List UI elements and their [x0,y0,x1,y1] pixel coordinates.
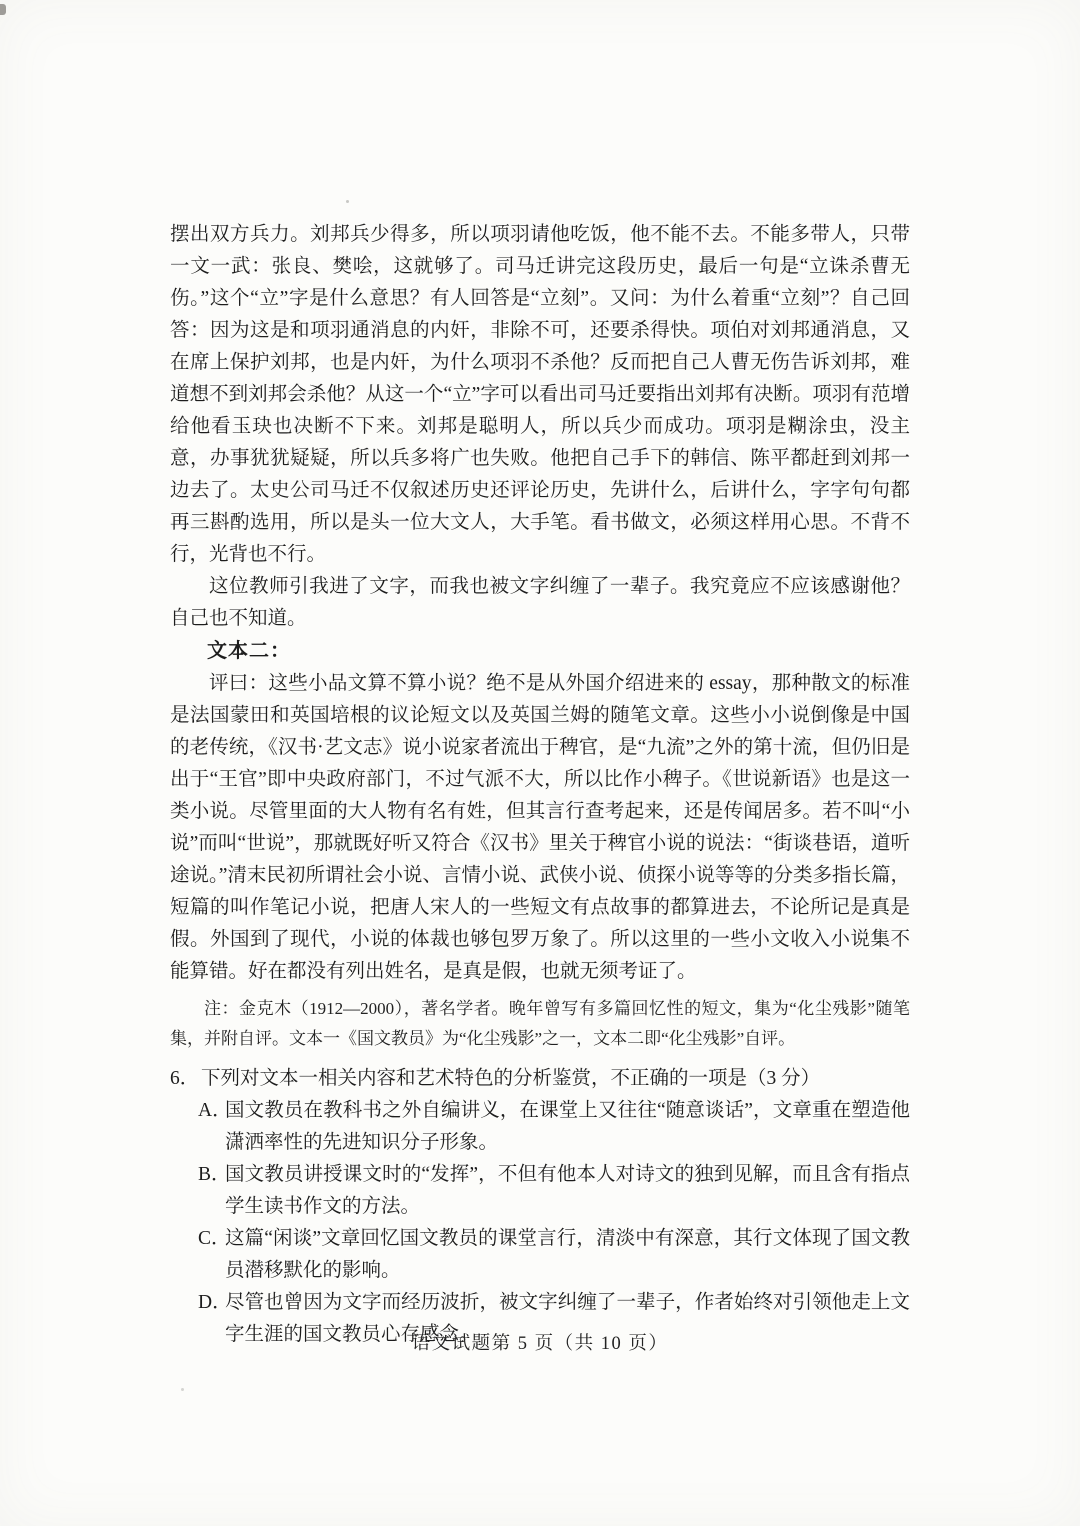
option-c-text: 这篇“闲谈”文章回忆国文教员的课堂言行，清淡中有深意，其行文体现了国文教员潜移默… [225,1228,910,1281]
text-two-commentary: 评曰：这些小品文算不算小说？绝不是从外国介绍进来的 essay，那种散文的标准是… [170,668,910,988]
scan-speck [346,200,349,203]
option-b-label: B． [198,1159,231,1191]
option-d-label: D． [198,1287,232,1319]
question-6-option-b: B． 国文教员讲授课文时的“发挥”，不但有他本人对诗文的独到见解，而且含有指点学… [170,1159,910,1223]
option-a-text: 国文教员在教科书之外自编讲义，在课堂上又往往“随意谈话”，文章重在塑造他潇洒率性… [225,1100,910,1153]
question-6-option-a: A． 国文教员在教科书之外自编讲义，在课堂上又往往“随意谈话”，文章重在塑造他潇… [170,1095,910,1159]
option-a-label: A． [198,1095,232,1127]
text-two-heading: 文本二： [207,635,910,668]
scan-edge-mark [0,4,6,15]
question-stem-text: 下列对文本一相关内容和艺术特色的分析鉴赏，不正确的一项是（3 分） [201,1068,820,1089]
scan-speck [181,1388,184,1391]
exam-paper-page: 摆出双方兵力。刘邦兵少得多，所以项羽请他吃饭，他不能不去。不能多带人，只带一文一… [0,0,1080,1526]
page-content: 摆出双方兵力。刘邦兵少得多，所以项羽请他吃饭，他不能不去。不能多带人，只带一文一… [170,219,910,1351]
question-number: 6． [170,1063,201,1095]
text-one-paragraph-history: 摆出双方兵力。刘邦兵少得多，所以项羽请他吃饭，他不能不去。不能多带人，只带一文一… [170,219,910,571]
option-c-label: C． [198,1223,231,1255]
text-one-paragraph-closing: 这位教师引我进了文字，而我也被文字纠缠了一辈子。我究竟应不应该感谢他？自己也不知… [170,571,910,635]
page-footer: 语文试题第 5 页（共 10 页） [0,1330,1080,1358]
question-6: 6．下列对文本一相关内容和艺术特色的分析鉴赏，不正确的一项是（3 分） A． 国… [170,1063,910,1351]
option-b-text: 国文教员讲授课文时的“发挥”，不但有他本人对诗文的独到见解，而且含有指点学生读书… [225,1164,910,1217]
question-6-stem: 6．下列对文本一相关内容和艺术特色的分析鉴赏，不正确的一项是（3 分） [170,1063,910,1095]
author-note: 注：金克木（1912—2000），著名学者。晚年曾写有多篇回忆性的短文，集为“化… [170,994,910,1054]
question-6-option-c: C． 这篇“闲谈”文章回忆国文教员的课堂言行，清淡中有深意，其行文体现了国文教员… [170,1223,910,1287]
page-footer-text: 语文试题第 5 页（共 10 页） [412,1334,669,1354]
